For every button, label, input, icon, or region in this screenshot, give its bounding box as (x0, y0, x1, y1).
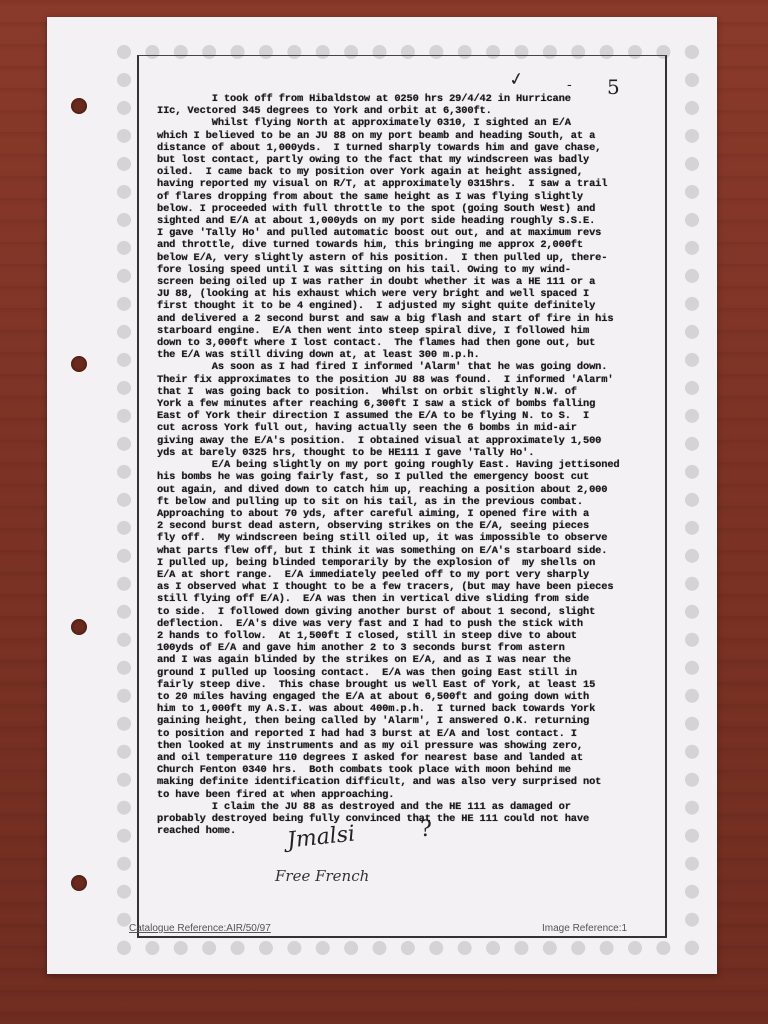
report-line: which I believed to be an JU 88 on my po… (157, 130, 677, 142)
report-line: East of York their direction I assumed t… (157, 410, 677, 422)
report-line: what parts flew off, but I think it was … (157, 545, 677, 557)
report-line: Their fix approximates to the position J… (157, 374, 677, 386)
document-page: ✓ - 5 I took off from Hibaldstow at 0250… (47, 17, 717, 974)
report-line: E/A at short range. E/A immediately peel… (157, 569, 677, 581)
report-line: York a few minutes after reaching 6,300f… (157, 398, 677, 410)
report-line: ft below and pulling up to sit on his ta… (157, 496, 677, 508)
report-line: reached home. (157, 825, 677, 837)
report-line: As soon as I had fired I informed 'Alarm… (157, 361, 677, 373)
report-line: I gave 'Tally Ho' and pulled automatic b… (157, 227, 677, 239)
report-line: Approaching to about 70 yds, after caref… (157, 508, 677, 520)
report-line: 2 hands to follow. At 1,500ft I closed, … (157, 630, 677, 642)
report-line: fairly steep dive. This chase brought us… (157, 679, 677, 691)
report-line: the E/A was still diving down at, at lea… (157, 349, 677, 361)
report-line: Whilst flying North at approximately 031… (157, 117, 677, 129)
report-line: E/A being slightly on my port going roug… (157, 459, 677, 471)
report-line: as I observed what I thought to be a few… (157, 581, 677, 593)
report-line: out again, and dived down to catch him u… (157, 484, 677, 496)
report-line: giving away the E/A's position. I obtain… (157, 435, 677, 447)
punch-hole (71, 875, 87, 891)
report-line: first thought it to be 4 engined). I adj… (157, 300, 677, 312)
catalogue-reference: Catalogue Reference:AIR/50/97 (129, 923, 271, 934)
report-line: making definite identification difficult… (157, 776, 677, 788)
report-line: and oil temperature 110 degrees I asked … (157, 752, 677, 764)
report-line: to side. I followed down giving another … (157, 606, 677, 618)
report-line: and delivered a 2 second burst and saw a… (157, 313, 677, 325)
report-line: to 20 miles having engaged the E/A at ab… (157, 691, 677, 703)
report-line: then looked at my instruments and as my … (157, 740, 677, 752)
report-line: and throttle, dive turned towards him, t… (157, 239, 677, 251)
report-line: screen being oiled up I was rather in do… (157, 276, 677, 288)
combat-report-text: I took off from Hibaldstow at 0250 hrs 2… (157, 93, 677, 837)
punch-hole (71, 98, 87, 114)
image-reference: Image Reference:1 (542, 923, 627, 934)
report-line: 100yds of E/A and gave him another 2 to … (157, 642, 677, 654)
report-line: probably destroyed being fully convinced… (157, 813, 677, 825)
report-line: cut across York full out, having actuall… (157, 422, 677, 434)
report-line: below E/A, very slightly astern of his p… (157, 252, 677, 264)
report-line: his bombs he was going fairly fast, so I… (157, 471, 677, 483)
report-line: I claim the JU 88 as destroyed and the H… (157, 801, 677, 813)
punch-hole (71, 356, 87, 372)
report-line: I pulled up, being blinded temporarily b… (157, 557, 677, 569)
report-line: yds at barely 0325 hrs, thought to be HE… (157, 447, 677, 459)
report-line: starboard engine. E/A then went into ste… (157, 325, 677, 337)
report-line: to have been fired at when approaching. (157, 789, 677, 801)
dash-mark: - (567, 77, 572, 93)
report-line: below. I proceeded with full throttle to… (157, 203, 677, 215)
report-line: gaining height, then being called by 'Al… (157, 715, 677, 727)
report-line: sighted and E/A at about 1,000yds on my … (157, 215, 677, 227)
report-line: but lost contact, partly owing to the fa… (157, 154, 677, 166)
report-line: distance of about 1,000yds. I turned sha… (157, 142, 677, 154)
report-line: fore losing speed until I was sitting on… (157, 264, 677, 276)
report-line: that I was going back to position. Whils… (157, 386, 677, 398)
report-line: 2 second burst dead astern, observing st… (157, 520, 677, 532)
punch-hole (71, 619, 87, 635)
report-line: still flying off E/A). E/A was then in v… (157, 593, 677, 605)
report-line: JU 88, (looking at his exhaust which wer… (157, 288, 677, 300)
signature-annotation: Free French (275, 867, 369, 885)
report-line: him to 1,000ft my A.S.I. was about 400m.… (157, 703, 677, 715)
report-line: ground I pulled up loosing contact. E/A … (157, 667, 677, 679)
report-line: fly off. My windscreen being still oiled… (157, 532, 677, 544)
report-line: IIc, Vectored 345 degrees to York and or… (157, 105, 677, 117)
report-line: I took off from Hibaldstow at 0250 hrs 2… (157, 93, 677, 105)
report-line: to position and reported I had had 3 bur… (157, 728, 677, 740)
report-line: oiled. I came back to my position over Y… (157, 166, 677, 178)
report-line: of flares dropping from about the same h… (157, 191, 677, 203)
report-line: having reported my visual on R/T, at app… (157, 178, 677, 190)
report-line: and I was again blinded by the strikes o… (157, 654, 677, 666)
report-line: deflection. E/A's dive was very fast and… (157, 618, 677, 630)
signature-question-mark: ? (420, 817, 432, 842)
report-line: Church Fenton 0340 hrs. Both combats too… (157, 764, 677, 776)
report-line: down to 3,000ft where I lost contact. Th… (157, 337, 677, 349)
